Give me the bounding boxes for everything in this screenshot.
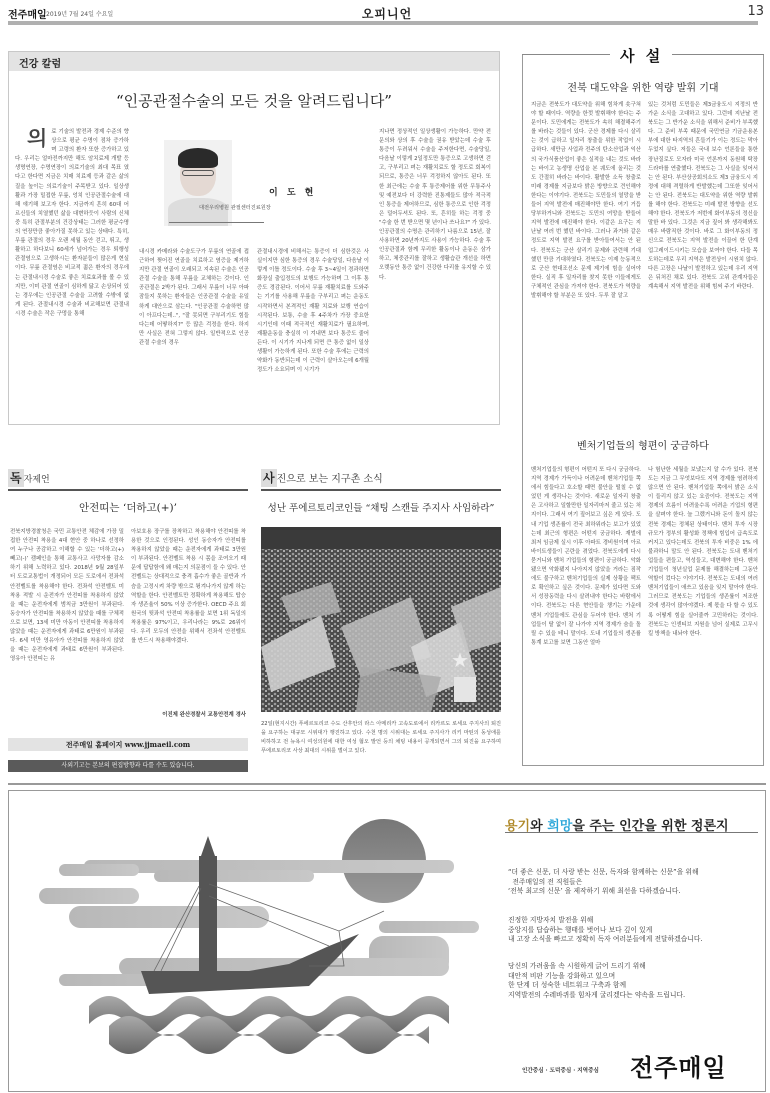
author-photo [164,140,232,226]
ad-paragraph-2: 진정한 지방자치 발전을 위해 중앙지를 답습하는 행태를 벗어나 보다 깊이 … [508,916,703,945]
editorial-2-text-1: 벤처기업들의 형편이 어떤지 또 다시 궁금하다. 지역 경제가 가득이나 어려… [531,466,641,762]
reader-column-title: 안전띠는 ‘더하고(+)’ [8,500,248,515]
editorial-title-1: 전북 대도약을 위한 역량 발휘 기대 [522,79,764,94]
editorial-1-text-2: 있는 것처럼 도민들은 제3금융도시 지정의 반가운 소식을 고대하고 있다. … [648,101,758,395]
contribution-disclaimer: 사외기고는 본보의 편집방향과 다를 수도 있습니다. [8,760,248,772]
health-column: 건강 칼럼 “인공관절수술의 모든 것을 알려드립니다” 의 료 기술의 발전과… [8,51,500,425]
ad-logo: 전주매일 [630,1048,727,1083]
health-column-label: 건강 칼럼 [19,55,61,70]
ad-divider [505,832,758,833]
reader-column-signature: 이진제 완산경찰서 교통안전계 경사 [131,710,246,718]
editorial-1-text-1: 지금은 전북도가 대도약을 위해 힘차게 솟구쳐야 할 때이다. 역량을 한껏 … [531,101,641,395]
health-column-text-3: 관절내시경에 비해서는 통증이 더 심한것은 사실이지만 심한 통증의 경우 수… [257,248,369,422]
reader-column-text-2: 아보호용 장구를 장착하고 착용해야 안전띠를 착용한 것으로 인정된다. 성인… [131,528,246,708]
editorial-label: 사 설 [620,45,663,66]
author-divider [169,222,264,223]
homepage-link[interactable]: 전주매일 홈페이지 www.jjmaeil.com [8,738,248,751]
svg-text:★: ★ [451,648,469,672]
editorial-rule-right [672,54,764,55]
health-column-text-2: 내시경 카메라와 수술도구가 무릎의 연골에 접근하여 찢어진 연골을 치료하고… [139,248,249,422]
editorial-2-text-2: 나 험난한 세월을 보냈는지 알 수가 있다. 전북도는 지금 그 무엇보다도 … [648,466,758,762]
ad-paragraph-1: “더 좋은 신문, 더 사랑 받는 신문, 독자와 함께하는 신문”을 위해 전… [508,868,699,897]
dropcap: 의 [27,128,47,148]
reader-column-cap: 독 [8,469,24,487]
page-number: 13 [747,4,764,19]
editorial-rule-left [522,54,610,55]
reader-column-label: 자제언 [24,475,50,485]
ad-paragraph-3: 당신의 가려움을 속 시원하게 긁어 드리기 위해 대안적 비판 기능을 강화하… [508,962,685,1000]
photo-news-header: 사진으로 보는 지구촌 소식 [261,465,501,491]
health-column-text-4: 지나면 정상적인 일상생활이 가능하다. 만약 전문의와 상의 후 수술을 권유… [379,128,491,422]
reader-column-header: 독자제언 [8,465,248,491]
reader-column-text-1: 전북지방경찰청은 국민 교통안전 체감에 가장 밀접한 안전띠 착용을 4대 현… [10,528,124,718]
health-column-header: 건강 칼럼 [9,52,499,71]
pen-ship-illustration [39,816,479,1056]
section-title: 오피니언 [8,5,766,22]
photo-news-label: 진으로 보는 지구촌 소식 [277,474,383,485]
photo-news-caption: 22일(현지시간) 푸에르토리코 수도 산후안의 라스 아메리카 고속도로에서 … [261,720,501,766]
protest-photo: ★ [261,527,501,712]
masthead-rule [8,21,758,25]
section-rule [8,783,766,785]
health-column-text-1: 의 료 기술의 발전과 경제 수준의 향상으로 평균 수명이 점차 증가하며 고… [15,128,129,422]
photo-news-title: 성난 푸에르토리코인들 “채팅 스캔들 주지사 사임하라” [261,500,501,514]
author-affiliation: 대전우리병원 관절센터진료원장 [199,204,271,211]
ad-tagline: 인간중심 · 도덕중심 · 지역중심 [522,1066,599,1074]
health-column-title: “인공관절수술의 모든 것을 알려드립니다” [9,90,499,111]
editorial-title-2: 벤처기업들의 형편이 궁금하다 [522,437,764,452]
photo-news-cap: 사 [261,469,277,487]
author-name: 이 도 현 [269,185,316,198]
